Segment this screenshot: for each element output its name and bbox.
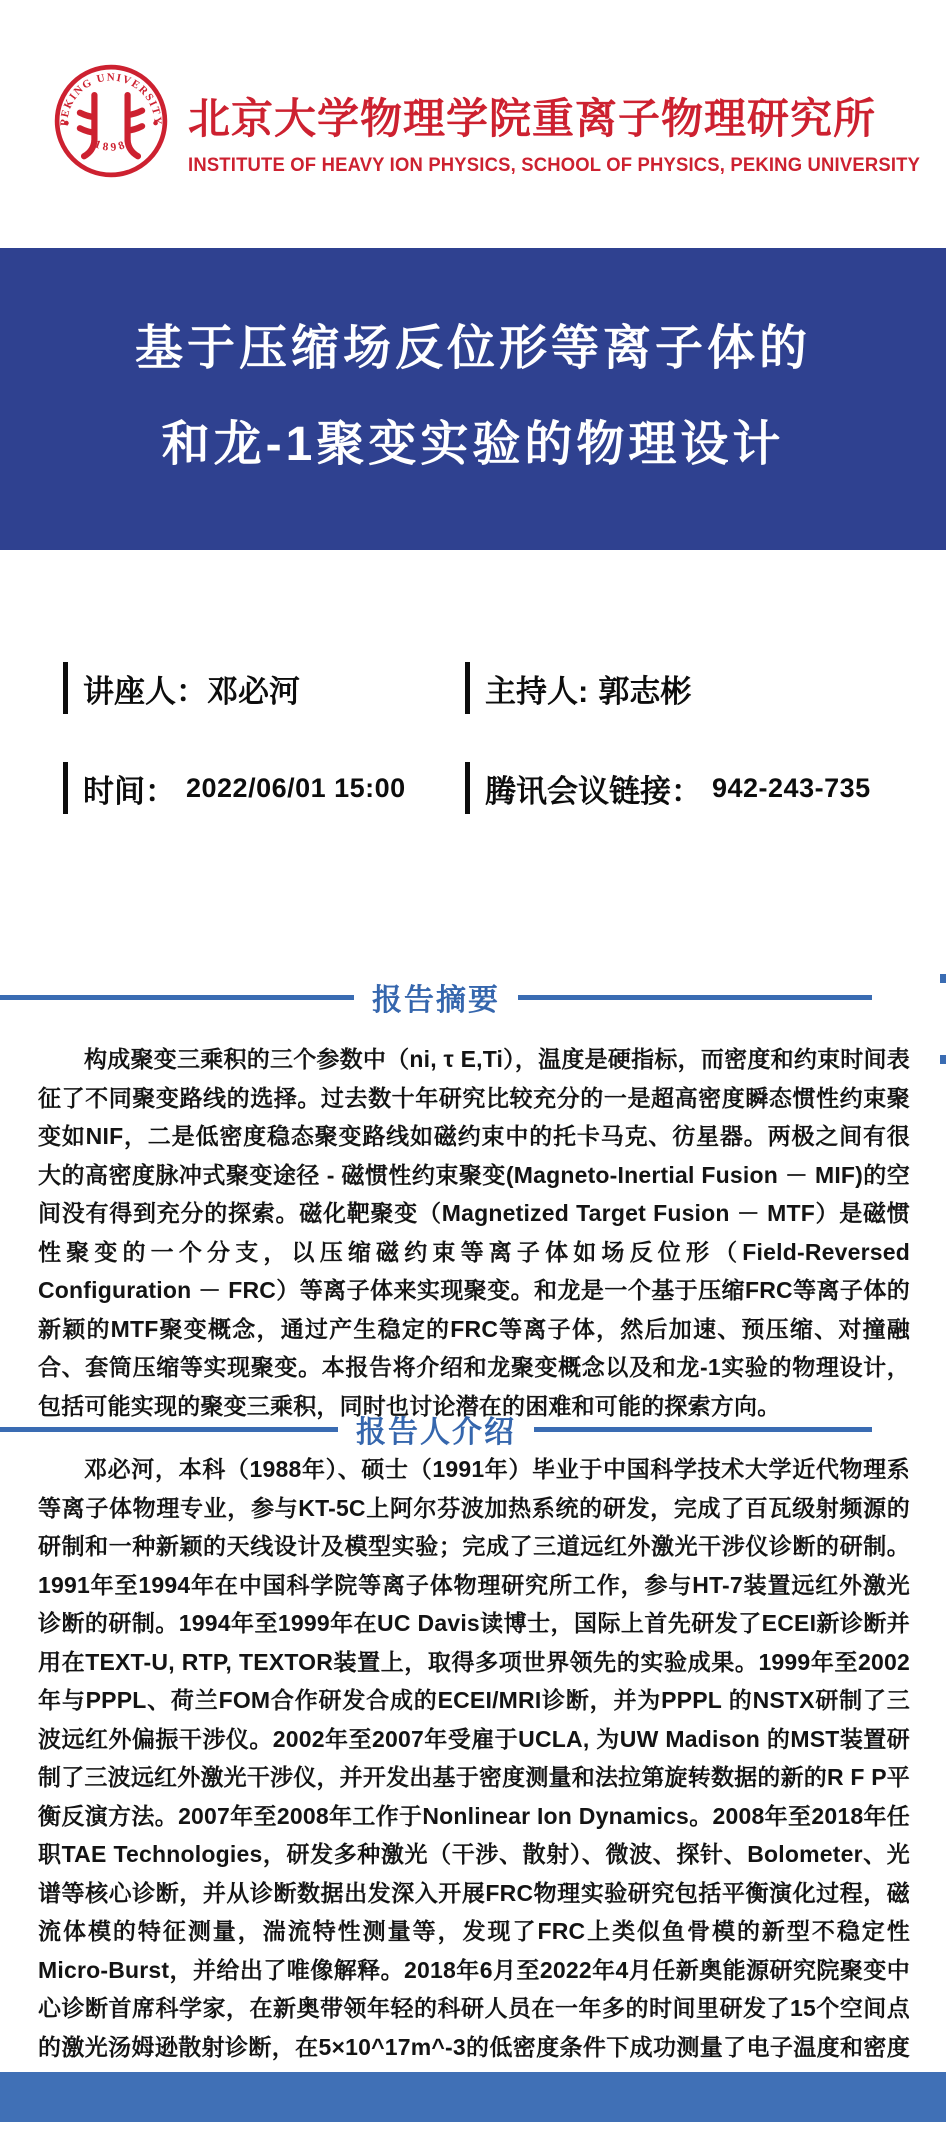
time-value: 2022/06/01 15:00 [186,773,406,804]
divider-rule-right [518,995,872,1000]
host-name: 郭志彬 [598,666,691,711]
bio-section-divider: 报告人介绍 [0,1409,946,1449]
host-label: 主持人: [485,666,588,711]
footer-color-bar [0,2072,946,2122]
peking-university-seal-logo: PEKING UNIVERSITY 1898 [54,64,168,178]
right-edge-mark [940,974,946,983]
bio-heading: 报告人介绍 [356,1407,516,1451]
abstract-section-divider: 报告摘要 [0,977,946,1017]
institute-title-cn: 北京大学物理学院重离子物理研究所 [188,86,908,146]
divider-rule-right [534,1427,872,1432]
speaker-info: 讲座人： 邓必河 [63,662,300,714]
abstract-heading: 报告摘要 [372,975,500,1019]
svg-text:1898: 1898 [93,138,129,154]
speaker-name: 邓必河 [207,666,300,711]
meeting-link-label: 腾讯会议链接： [485,766,702,811]
abstract-paragraph: 构成聚变三乘积的三个参数中（ni, τ E,Ti），温度是硬指标，而密度和约束时… [38,1040,910,1425]
talk-title-banner: 基于压缩场反位形等离子体的 和龙-1聚变实验的物理设计 [0,248,946,550]
talk-title-line2: 和龙-1聚变实验的物理设计 [162,420,785,470]
poster-header: PEKING UNIVERSITY 1898 北京大学物理学院重离子物理研究所 … [0,0,946,248]
meeting-link-id: 942-243-735 [712,773,871,804]
divider-rule-left [0,1427,338,1432]
speaker-label: 讲座人： [83,666,207,711]
institute-subtitle-en: INSTITUTE OF HEAVY ION PHYSICS, SCHOOL O… [188,155,886,177]
host-info: 主持人: 郭志彬 [465,662,691,714]
meeting-link-info: 腾讯会议链接： 942-243-735 [465,762,871,814]
right-edge-mark [940,1055,946,1064]
time-label: 时间： [83,766,176,811]
time-info: 时间： 2022/06/01 15:00 [63,762,406,814]
divider-rule-left [0,995,354,1000]
bio-paragraph: 邓必河，本科（1988年）、硕士（1991年）毕业于中国科学技术大学近代物理系等… [38,1450,910,2105]
university-seal-icon: PEKING UNIVERSITY 1898 [54,64,168,178]
talk-title-line1: 基于压缩场反位形等离子体的 [135,324,811,374]
institute-titles: 北京大学物理学院重离子物理研究所 INSTITUTE OF HEAVY ION … [188,86,908,177]
